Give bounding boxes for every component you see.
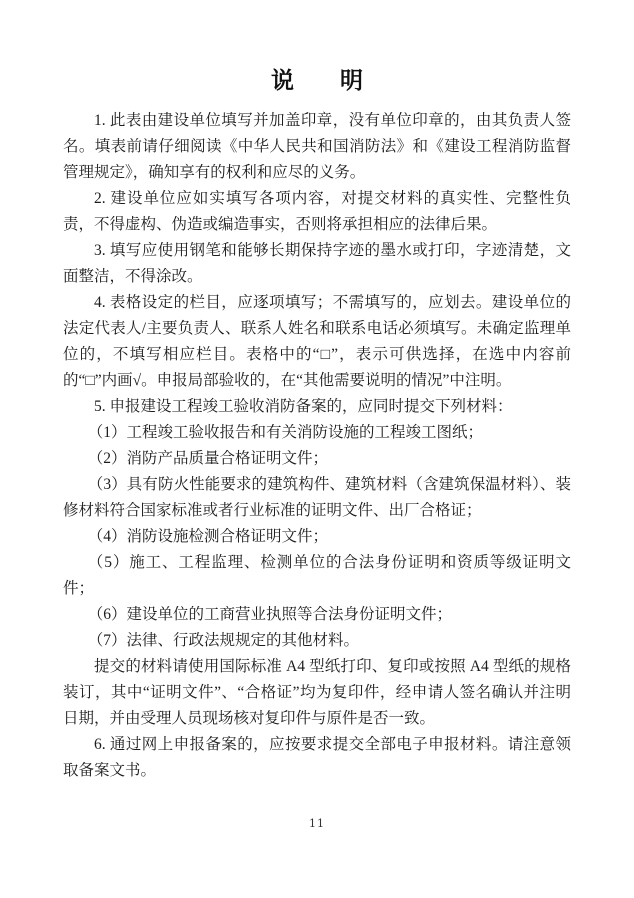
material-item-7: （7）法律、行政法规规定的其他材料。	[63, 628, 571, 654]
page-title: 说 明	[63, 66, 571, 96]
instruction-5: 5. 申报建设工程竣工验收消防备案的，应同时提交下列材料：	[63, 394, 571, 420]
instruction-6: 6. 通过网上申报备案的，应按要求提交全部电子申报材料。请注意领取备案文书。	[63, 732, 571, 784]
material-item-1: （1）工程竣工验收报告和有关消防设施的工程竣工图纸；	[63, 420, 571, 446]
material-item-3: （3）具有防火性能要求的建筑构件、建筑材料（含建筑保温材料）、装修材料符合国家标…	[63, 472, 571, 524]
material-item-2: （2）消防产品质量合格证明文件；	[63, 446, 571, 472]
instruction-4: 4. 表格设定的栏目，应逐项填写；不需填写的，应划去。建设单位的法定代表人/主要…	[63, 290, 571, 394]
material-item-6: （6）建设单位的工商营业执照等合法身份证明文件；	[63, 602, 571, 628]
instruction-2: 2. 建设单位应如实填写各项内容，对提交材料的真实性、完整性负责，不得虚构、伪造…	[63, 186, 571, 238]
instruction-3: 3. 填写应使用钢笔和能够长期保持字迹的墨水或打印，字迹清楚，文面整洁，不得涂改…	[63, 238, 571, 290]
instruction-1: 1. 此表由建设单位填写并加盖印章，没有单位印章的，由其负责人签名。填表前请仔细…	[63, 108, 571, 186]
page-number: 11	[0, 817, 634, 830]
binding-requirements: 提交的材料请使用国际标准 A4 型纸打印、复印或按照 A4 型纸的规格装订，其中…	[63, 654, 571, 732]
document-page: 说 明 1. 此表由建设单位填写并加盖印章，没有单位印章的，由其负责人签名。填表…	[0, 0, 634, 898]
material-item-5: （5）施工、工程监理、检测单位的合法身份证明和资质等级证明文件；	[63, 550, 571, 602]
document-content: 说 明 1. 此表由建设单位填写并加盖印章，没有单位印章的，由其负责人签名。填表…	[63, 66, 571, 784]
material-item-4: （4）消防设施检测合格证明文件；	[63, 524, 571, 550]
